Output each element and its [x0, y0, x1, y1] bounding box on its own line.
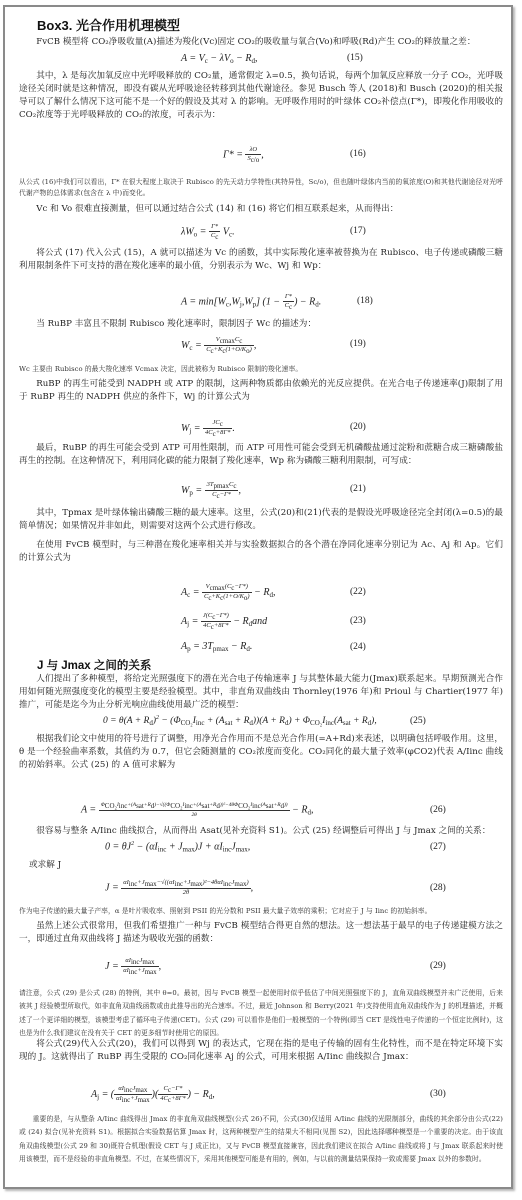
equation-26: A = ΦCO₂Iinc+(Asat+Rd)−√((ΦCO₂Iinc+(Asat…	[5, 799, 511, 823]
equation-23: Aj = J(Cc−Γ*)4Cc+8Γ* − Rdand (23)	[5, 610, 511, 634]
paragraph: FvCB 模型将 CO₂净吸收量(A)描述为羧化(Vc)固定 CO₂的吸收量与氧…	[19, 36, 503, 49]
paragraph: RuBP 的再生可能受到 NADPH 或 ATP 的限制，这两种物质都由依赖光的…	[19, 378, 503, 404]
paragraph: 其中，λ 是每次加氧反应中光呼吸释放的 CO₂量，通常假定 λ=0.5，换句话说…	[19, 70, 503, 122]
paragraph: 将公式(29)代入公式(20)，我们可以得到 Wj 的表达式，它现在指的是电子传…	[19, 1038, 503, 1064]
equation-number: (26)	[430, 805, 446, 815]
equation-number: (20)	[350, 422, 366, 432]
equation-text: Aj = (αIincJmaxαIinc+Jmax)(Cc−Γ*4Cc+8Γ*)…	[91, 1085, 215, 1104]
paragraph: 最后，RuBP 的再生可能会受到 ATP 可用性限制，而 ATP 可用性可能会受…	[19, 442, 503, 468]
paragraph: 其中，Tpmax 是叶绿体输出磷酸三糖的最大速率。这里，公式(20)和(21)代…	[19, 507, 503, 533]
equation-number: (30)	[430, 1089, 446, 1099]
equation-27: 0 = θJ2 − (αIinc + Jmax)J + αIincJmax, (…	[5, 841, 511, 857]
equation-text: Ap = 3Tpmax − Rd.	[181, 641, 252, 653]
box3-panel: Box3. 光合作用机理模型 FvCB 模型将 CO₂净吸收量(A)描述为羧化(…	[3, 5, 513, 1189]
paragraph: 人们提出了多种模型，将给定光照强度下的潜在光合电子传输速率 J 与其整体最大能力…	[19, 673, 503, 712]
equation-number: (16)	[350, 149, 366, 159]
equation-20: Wj = JCc4Cc+8Γ*. (20)	[5, 417, 511, 441]
equation-text: Wp = 3TpmaxCcCc−Γ*,	[181, 481, 241, 500]
equation-text: Aj = J(Cc−Γ*)4Cc+8Γ* − Rdand	[181, 612, 267, 631]
equation-text: A = ΦCO₂Iinc+(Asat+Rd)−√((ΦCO₂Iinc+(Asat…	[81, 801, 313, 819]
equation-number: (24)	[350, 642, 366, 652]
paragraph: 将公式 (17) 代入公式 (15)，A 就可以描述为 Vc 的函数，其中实际羧…	[19, 247, 503, 273]
equation-21: Wp = 3TpmaxCcCc−Γ*, (21)	[5, 479, 511, 503]
equation-number: (21)	[350, 484, 366, 494]
equation-16: Γ* = λOSc/o, (16)	[5, 144, 511, 168]
equation-28: J = αIinc+Jmax−√((αIinc+Jmax)²−4θαIincJm…	[5, 877, 511, 901]
note-paragraph: Wc 主要由 Rubisco 的最大羧化速率 Vcmax 决定，因此被称为 Ru…	[19, 364, 503, 375]
equation-number: (27)	[430, 842, 446, 852]
paragraph: 虽然上述公式很常用，但我们希望推广一种与 FvCB 模型结合得更自然的想法。这一…	[19, 920, 503, 946]
equation-number: (15)	[347, 53, 363, 63]
equation-text: Wj = JCc4Cc+8Γ*.	[181, 419, 235, 438]
equation-number: (22)	[350, 587, 366, 597]
equation-number: (19)	[350, 339, 366, 349]
equation-number: (17)	[350, 226, 366, 236]
equation-text: J = αIincJmaxαIinc+Jmax,	[105, 957, 161, 976]
equation-text: A = Vc − λVo − Rd,	[181, 53, 257, 65]
note-paragraph: 请注意，公式 (29) 是公式 (28) 的特例，其中 θ=0。最初，因与 Fv…	[19, 987, 503, 1040]
equation-30: Aj = (αIincJmaxαIinc+Jmax)(Cc−Γ*4Cc+8Γ*)…	[5, 1083, 511, 1107]
equation-text: 0 = θ(A + Rd)2 − (ΦCO₂Iinc + (Asat + Rd)…	[103, 715, 377, 727]
equation-25: 0 = θ(A + Rd)2 − (ΦCO₂Iinc + (Asat + Rd)…	[5, 715, 511, 731]
section-heading: J 与 Jmax 之间的关系	[37, 657, 522, 673]
equation-text: Wc = VcmaxCcCc+Kc(1+O/Ko),	[181, 336, 256, 355]
paragraph: 当 RuBP 丰富且不限制 Rubisco 羧化速率时，限制因子 Wc 的描述为…	[19, 318, 503, 331]
paragraph: 很容易与整条 A/Iinc 曲线拟合，从而得出 Asat(见补充资料 S1)。公…	[19, 825, 503, 838]
note-paragraph: 重要的是，与从整条 A/Iinc 曲线得出 Jmax 的非直角双曲线模型(公式 …	[19, 1113, 503, 1166]
equation-22: Ac = Vcmax(Cc−Γ*)Cc+Kc(1+O/Ko) − Rd, (22…	[5, 581, 511, 607]
equation-text: A = min[Wc,Wj,Wp] (1 − Γ*Cc) − Rd.	[181, 293, 321, 311]
note-paragraph: 从公式 (16)中我们可以看出，Γ* 在很大程度上取决于 Rubisco 的先天…	[19, 177, 503, 199]
box-title: Box3. 光合作用机理模型	[37, 15, 522, 34]
equation-text: 0 = θJ2 − (αIinc + Jmax)J + αIincJmax,	[105, 841, 250, 853]
equation-19: Wc = VcmaxCcCc+Kc(1+O/Ko), (19)	[5, 334, 511, 358]
equation-24: Ap = 3Tpmax − Rd. (24)	[5, 641, 511, 657]
paragraph: 或求解 J	[29, 859, 513, 872]
equation-text: λWo = Γ*Cc Vc.	[181, 223, 235, 241]
equation-text: Ac = Vcmax(Cc−Γ*)Cc+Kc(1+O/Ko) − Rd,	[181, 583, 275, 602]
note-paragraph: 作为电子传递的最大量子产率，α 是叶片吸收率、照射到 PSII 的光分数和 PS…	[19, 906, 503, 917]
paragraph: 根据我们论文中使用的符号进行了调整，用净光合作用而不是总光合作用(=A+Rd)来…	[19, 733, 503, 772]
equation-number: (23)	[350, 616, 366, 626]
equation-text: J = αIinc+Jmax−√((αIinc+Jmax)²−4θαIincJm…	[105, 879, 253, 897]
paragraph: Vc 和 Vo 很难直接测量，但可以通过结合公式 (14) 和 (16) 将它们…	[19, 203, 503, 216]
equation-number: (18)	[357, 296, 373, 306]
equation-15: A = Vc − λVo − Rd, (15)	[5, 53, 511, 67]
equation-29: J = αIincJmaxαIinc+Jmax, (29)	[5, 955, 511, 979]
equation-18: A = min[Wc,Wj,Wp] (1 − Γ*Cc) − Rd. (18)	[5, 291, 511, 315]
equation-17: λWo = Γ*Cc Vc. (17)	[5, 221, 511, 245]
paragraph: 在使用 FvCB 模型时，与三种潜在羧化速率相关并与实验数据拟合的各个潜在净同化…	[19, 539, 503, 565]
equation-number: (29)	[430, 961, 446, 971]
equation-number: (28)	[430, 883, 446, 893]
equation-number: (25)	[410, 716, 426, 726]
equation-text: Γ* = λOSc/o,	[223, 146, 264, 164]
